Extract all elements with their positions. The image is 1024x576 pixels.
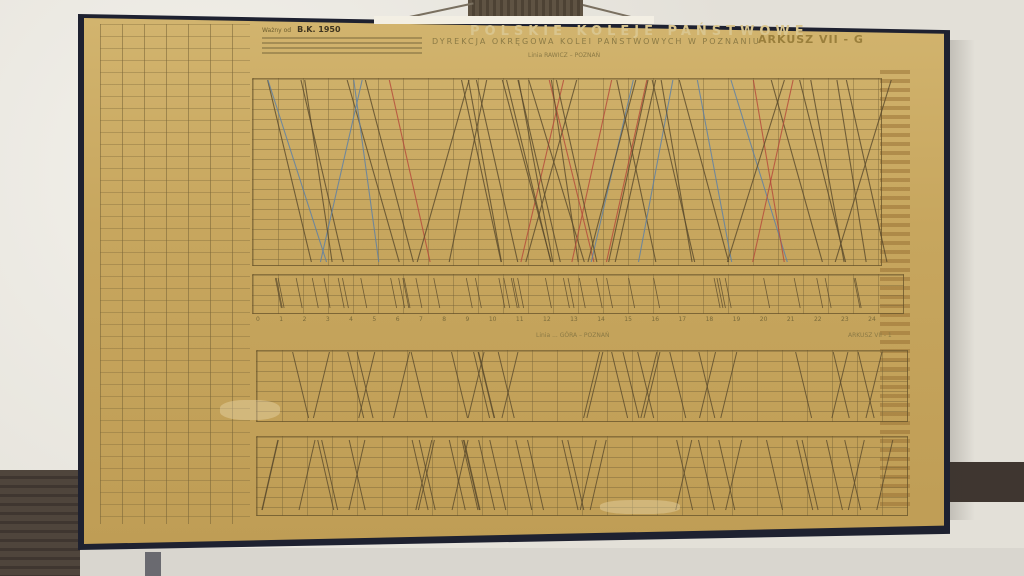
paper-wear [220, 400, 280, 420]
train-paths [0, 0, 1024, 576]
paper-wear [600, 500, 680, 514]
